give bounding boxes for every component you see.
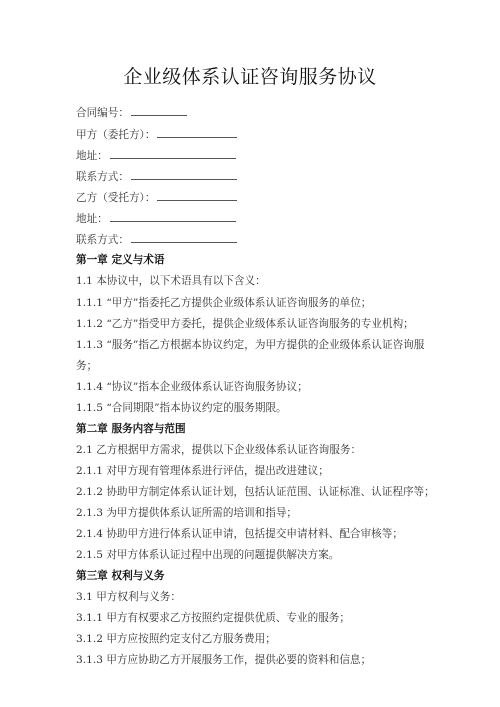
field-party-a-contact: 联系方式： xyxy=(76,168,237,184)
clause: 2.1.3 为甲方提供体系认证所需的培训和指导； xyxy=(76,506,297,520)
chapter-2-heading: 第二章 服务内容与范围 xyxy=(76,422,186,436)
party-b-blank[interactable] xyxy=(157,189,237,201)
clause: 3.1.1 甲方有权要求乙方按照约定提供优质、专业的服务； xyxy=(76,611,350,625)
clause: 3.1 甲方权利与义务： xyxy=(76,590,181,604)
party-a-address-blank[interactable] xyxy=(110,147,236,159)
chapter-3-heading: 第三章 权利与义务 xyxy=(76,569,164,583)
party-a-contact-blank[interactable] xyxy=(131,168,237,180)
clause: 1.1.1 “甲方”指委托乙方提供企业级体系认证咨询服务的单位； xyxy=(76,296,371,310)
field-label: 联系方式： xyxy=(76,171,129,183)
document-title: 企业级体系认证咨询服务协议 xyxy=(0,62,500,89)
field-party-a: 甲方（委托方）： xyxy=(76,126,237,142)
field-party-b: 乙方（受托方）： xyxy=(76,189,237,205)
document-page: 企业级体系认证咨询服务协议 合同编号： 甲方（委托方）： 地址： 联系方式： 乙… xyxy=(0,0,500,707)
field-label: 联系方式： xyxy=(76,234,129,246)
field-label: 合同编号： xyxy=(76,107,129,119)
clause-continuation: 务； xyxy=(76,359,97,373)
clause: 3.1.2 甲方应按照约定支付乙方服务费用； xyxy=(76,632,276,646)
party-a-blank[interactable] xyxy=(157,126,237,138)
clause: 2.1.5 对甲方体系认证过程中出现的问题提供解决方案。 xyxy=(76,548,339,562)
clause: 1.1.4 “协议”指本企业级体系认证咨询服务协议； xyxy=(76,380,308,394)
party-b-address-blank[interactable] xyxy=(110,210,236,222)
clause: 1.1 本协议中，以下术语具有以下含义： xyxy=(76,274,266,288)
field-contract-number: 合同编号： xyxy=(76,104,187,120)
field-party-b-contact: 联系方式： xyxy=(76,231,237,247)
clause: 2.1.2 协助甲方制定体系认证计划，包括认证范围、认证标准、认证程序等； xyxy=(76,485,435,499)
clause: 2.1 乙方根据甲方需求，提供以下企业级体系认证咨询服务： xyxy=(76,443,361,457)
field-label: 甲方（委托方）： xyxy=(76,129,155,141)
field-label: 地址： xyxy=(76,150,108,162)
field-label: 乙方（受托方）： xyxy=(76,192,155,204)
field-party-b-address: 地址： xyxy=(76,210,236,226)
field-party-a-address: 地址： xyxy=(76,147,236,163)
chapter-1-heading: 第一章 定义与术语 xyxy=(76,253,164,267)
contract-number-blank[interactable] xyxy=(131,104,187,116)
clause: 3.1.3 甲方应协助乙方开展服务工作，提供必要的资料和信息； xyxy=(76,653,371,667)
party-b-contact-blank[interactable] xyxy=(131,231,237,243)
clause: 1.1.2 “乙方”指受甲方委托，提供企业级体系认证咨询服务的专业机构； xyxy=(76,317,414,331)
clause: 1.1.5 “合同期限”指本协议约定的服务期限。 xyxy=(76,401,287,415)
clause: 1.1.3 “服务”指乙方根据本协议约定，为甲方提供的企业级体系认证咨询服 xyxy=(76,338,424,352)
field-label: 地址： xyxy=(76,213,108,225)
clause: 2.1.1 对甲方现有管理体系进行评估，提出改进建议； xyxy=(76,464,329,478)
clause: 2.1.4 协助甲方进行体系认证申请，包括提交申请材料、配合审核等； xyxy=(76,527,403,541)
